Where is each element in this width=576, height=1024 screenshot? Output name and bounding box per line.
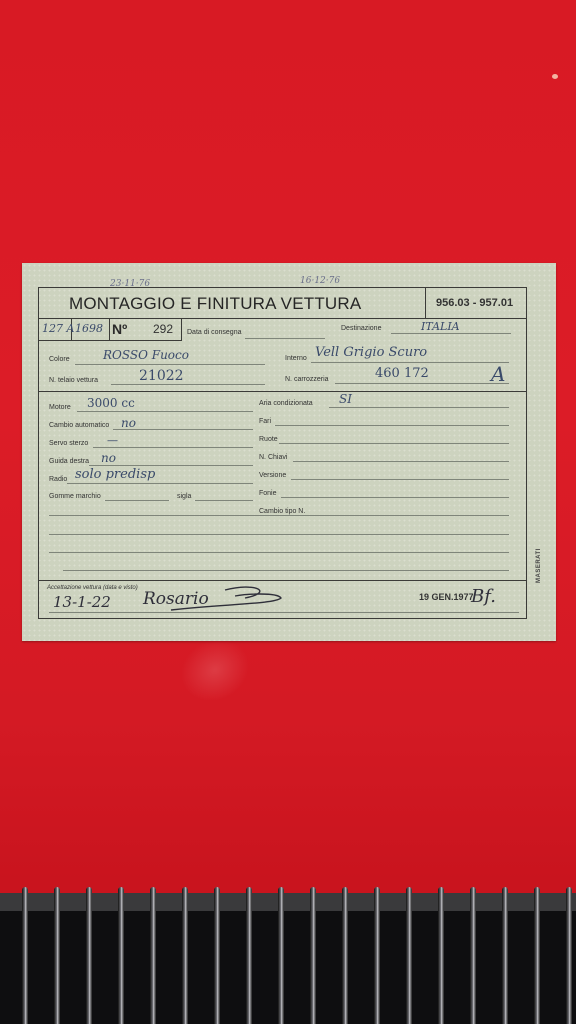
model-code-box: 956.03 - 957.01: [425, 288, 526, 318]
destinazione-value: ITALIA: [421, 320, 460, 333]
field-label-motore: Motore: [49, 404, 71, 411]
field-value-aria-condizionata: SI: [339, 392, 352, 406]
number-cell-2: 1698: [71, 318, 110, 341]
model-code: 956.03 - 957.01: [436, 297, 513, 309]
destinazione-label: Destinazione: [341, 325, 381, 332]
stamp-date: 19 GEN.1977: [419, 592, 474, 602]
stamp-signature: Bf.: [471, 586, 496, 607]
field-label-ruote: Ruote: [259, 436, 278, 443]
field-label-gomme-marchio: Gomme marchio: [49, 493, 101, 500]
document-frame: MONTAGGIO E FINITURA VETTURA 956.03 - 95…: [38, 287, 527, 619]
colore-label: Colore: [49, 356, 70, 363]
build-sheet-document: 23·11·76 16·12·76 MONTAGGIO E FINITURA V…: [22, 263, 556, 641]
field-value-radio: solo predisp: [75, 467, 155, 482]
sigla-label: sigla: [177, 493, 191, 500]
radiator-grille: [0, 893, 576, 1024]
field-value-servo-sterzo: —: [107, 434, 118, 447]
field-label-cambio-automatico: Cambio automatico: [49, 422, 109, 429]
top-note-2: 16·12·76: [300, 276, 340, 286]
field-value-guida-destra: no: [101, 451, 116, 465]
field-label-radio: Radio: [49, 476, 67, 483]
title-row: MONTAGGIO E FINITURA VETTURA 956.03 - 95…: [39, 288, 526, 319]
field-value-motore: 3000 cc: [87, 396, 135, 410]
carrozzeria-value: 460 172: [375, 366, 429, 381]
interno-value: Vell Grigio Scuro: [315, 345, 427, 360]
field-value-cambio-automatico: no: [121, 416, 136, 430]
acceptance-date: 13-1-22: [53, 593, 111, 611]
acceptance-label: Accettazione vettura (data e visto): [47, 585, 138, 591]
number-cell-no: Nº 292: [109, 318, 182, 341]
delivery-date-label: Data di consegna: [187, 329, 241, 336]
field-label-fonie: Fonie: [259, 490, 277, 497]
no-value: 292: [153, 322, 173, 336]
number-row: 127 A 1698 Nº 292 Data di consegna Desti…: [39, 318, 526, 340]
number-cell-1: 127 A: [39, 318, 72, 341]
field-label-n-chiavi: N. Chiavi: [259, 454, 287, 461]
field-label-fari: Fari: [259, 418, 271, 425]
field-label-cambio-tipo: Cambio tipo N.: [259, 508, 305, 515]
field-label-aria-condizionata: Aria condizionata: [259, 400, 313, 407]
field-label-versione: Versione: [259, 472, 286, 479]
no-label: Nº: [112, 321, 127, 337]
document-title: MONTAGGIO E FINITURA VETTURA: [69, 294, 361, 314]
maserati-brand-mark: MASERATI: [536, 548, 542, 583]
field-label-guida-destra: Guida destra: [49, 458, 89, 465]
colore-value: ROSSO Fuoco: [103, 348, 189, 362]
vettura-value: 21022: [139, 368, 184, 384]
interno-label: Interno: [285, 355, 307, 362]
field-label-servo-sterzo: Servo sterzo: [49, 440, 88, 447]
reflection-dot: [552, 74, 558, 79]
carrozzeria-mark: A: [491, 362, 505, 386]
carrozzeria-label: N. carrozzeria: [285, 376, 329, 383]
vettura-label: N. telaio vettura: [49, 377, 98, 384]
